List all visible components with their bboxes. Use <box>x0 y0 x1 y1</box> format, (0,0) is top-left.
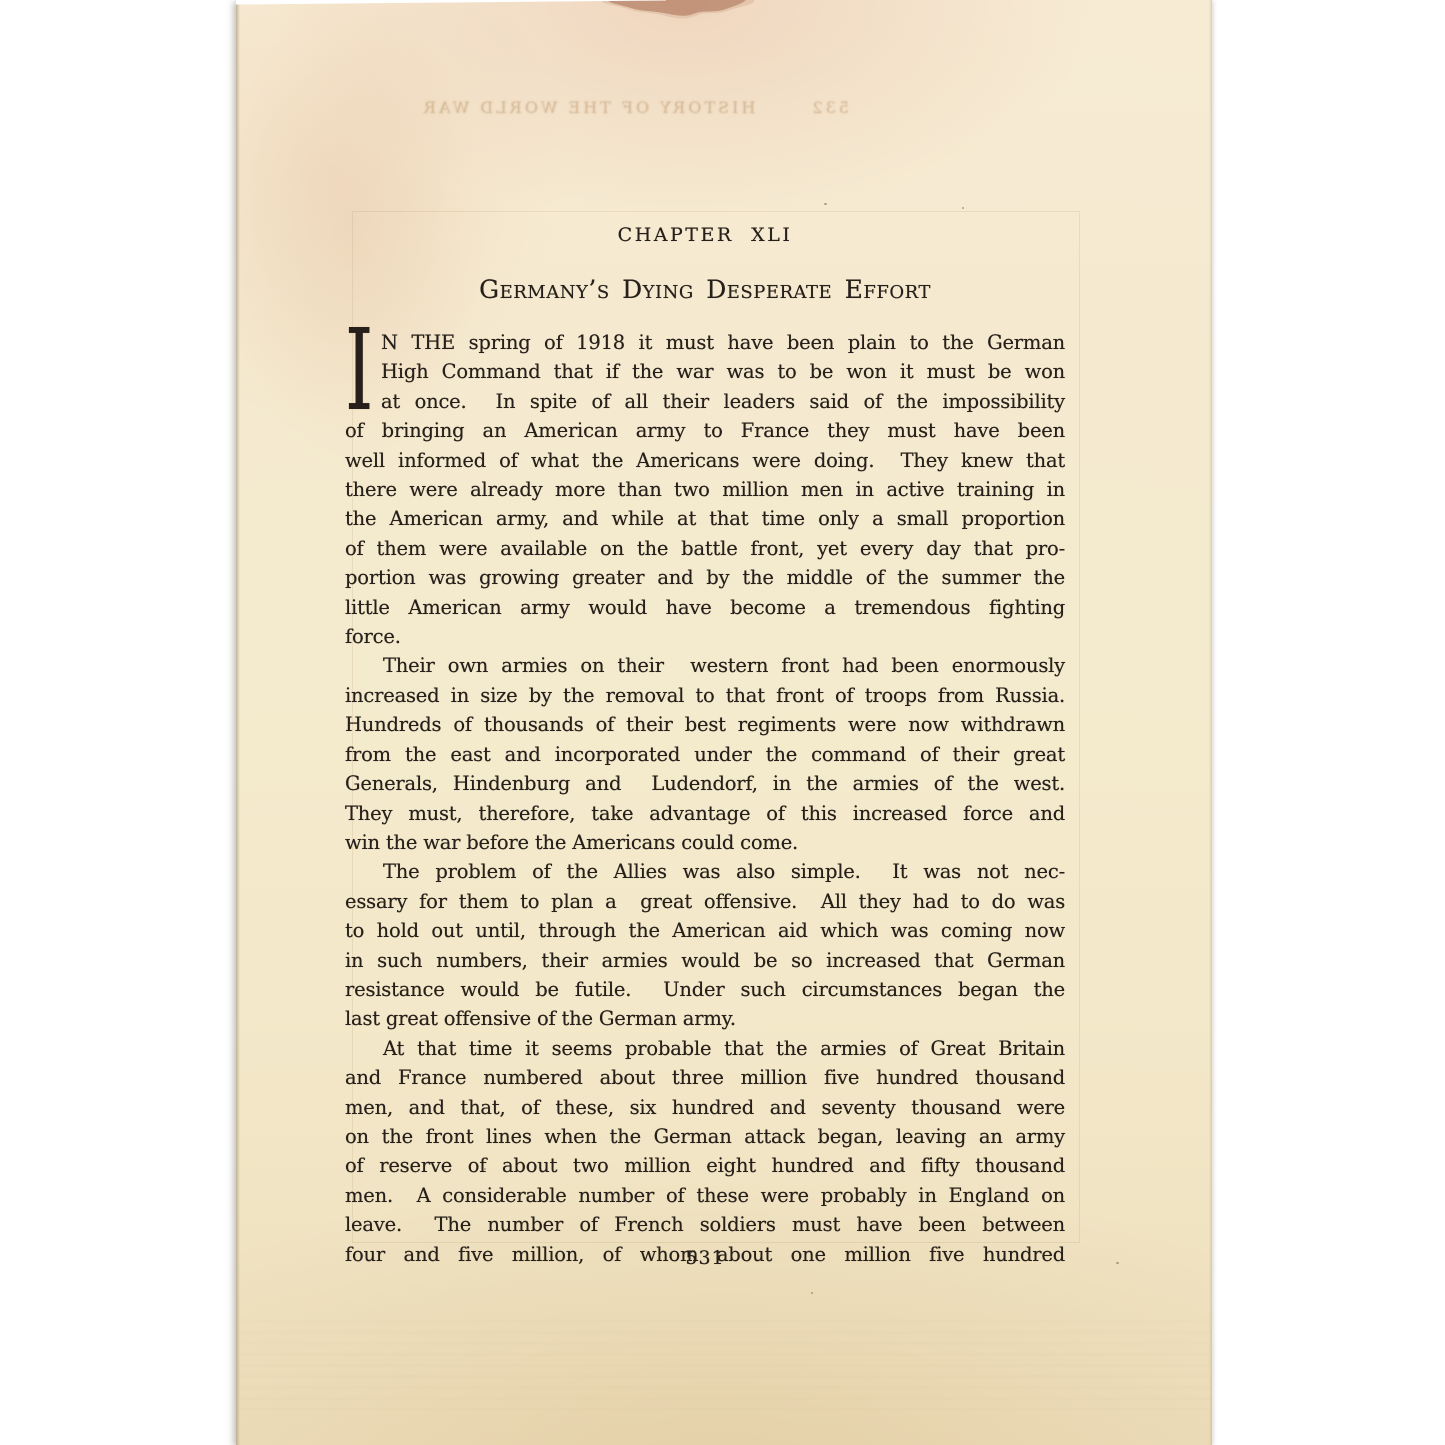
text-line: They must, therefore, take advantage of … <box>345 799 1065 828</box>
text-line: there were already more than two million… <box>345 475 1065 504</box>
text-line: force. <box>345 622 1065 651</box>
text-line: at once. In spite of all their leaders s… <box>345 387 1065 416</box>
text-line: Hundreds of thousands of their best regi… <box>345 710 1065 739</box>
page-right-edge-shadow <box>1209 0 1212 1445</box>
text-line: Generals, Hindenburg and Ludendorf, in t… <box>345 769 1065 798</box>
paragraph: At that time it seems probable that the … <box>345 1034 1065 1269</box>
ghost-verso-page-number: 532 <box>809 98 849 117</box>
chapter-heading: CHAPTER XLI <box>345 226 1065 245</box>
text-line: of them were available on the battle fro… <box>345 534 1065 563</box>
text-line: At that time it seems probable that the … <box>345 1034 1065 1063</box>
text-line: N THE spring of 1918 it must have been p… <box>345 328 1065 357</box>
text-line: of bringing an American army to France t… <box>345 416 1065 445</box>
text-line: from the east and incorporated under the… <box>345 740 1065 769</box>
text-line: men, and that, of these, six hundred and… <box>345 1093 1065 1122</box>
ghost-verso-header: 532 HISTORY OF THE WORLD WAR <box>421 94 849 120</box>
text-line: essary for them to plan a great offensiv… <box>345 887 1065 916</box>
scanned-book-page: 532 HISTORY OF THE WORLD WAR CHAPTER XLI… <box>236 0 1212 1445</box>
page-left-edge-shadow <box>236 0 240 1445</box>
text-line: and France numbered about three million … <box>345 1063 1065 1092</box>
text-line: to hold out until, through the American … <box>345 916 1065 945</box>
text-line: little American army would have become a… <box>345 593 1065 622</box>
paragraph: IN THE spring of 1918 it must have been … <box>345 328 1065 651</box>
text-line: last great offensive of the German army. <box>345 1004 1065 1033</box>
scan-canvas: { "header": { "chapter": "CHAPTER XLI", … <box>0 0 1445 1445</box>
text-line: on the front lines when the German attac… <box>345 1122 1065 1151</box>
text-line: win the war before the Americans could c… <box>345 828 1065 857</box>
paragraph: Their own armies on their western front … <box>345 651 1065 857</box>
text-line: men. A considerable number of these were… <box>345 1181 1065 1210</box>
paragraph: The problem of the Allies was also simpl… <box>345 857 1065 1033</box>
paper-fiber-texture <box>236 1320 1212 1410</box>
page-number: 531 <box>345 1249 1065 1268</box>
text-line: the American army, and while at that tim… <box>345 504 1065 533</box>
paper-speck <box>1116 1262 1119 1264</box>
paper-speck <box>484 1168 486 1170</box>
chapter-subtitle: Germany’s Dying Desperate Effort <box>345 277 1065 302</box>
text-line: portion was growing greater and by the m… <box>345 563 1065 592</box>
text-line: High Command that if the war was to be w… <box>345 357 1065 386</box>
text-line: Their own armies on their western front … <box>345 651 1065 680</box>
text-line: The problem of the Allies was also simpl… <box>345 857 1065 886</box>
ghost-verso-title: HISTORY OF THE WORLD WAR <box>421 98 755 117</box>
text-line: increased in size by the removal to that… <box>345 681 1065 710</box>
text-line: leave. The number of French soldiers mus… <box>345 1210 1065 1239</box>
body-text: IN THE spring of 1918 it must have been … <box>345 328 1065 1269</box>
text-line: of reserve of about two million eight hu… <box>345 1151 1065 1180</box>
stain-blob <box>588 0 768 30</box>
text-line: resistance would be futile. Under such c… <box>345 975 1065 1004</box>
drop-cap: I <box>345 315 367 406</box>
text-line: well informed of what the Americans were… <box>345 446 1065 475</box>
paper-speck <box>811 1292 813 1294</box>
text-line: in such numbers, their armies would be s… <box>345 946 1065 975</box>
paper-speck <box>824 203 827 205</box>
paper-stain <box>588 0 768 30</box>
paper-speck <box>962 207 964 209</box>
